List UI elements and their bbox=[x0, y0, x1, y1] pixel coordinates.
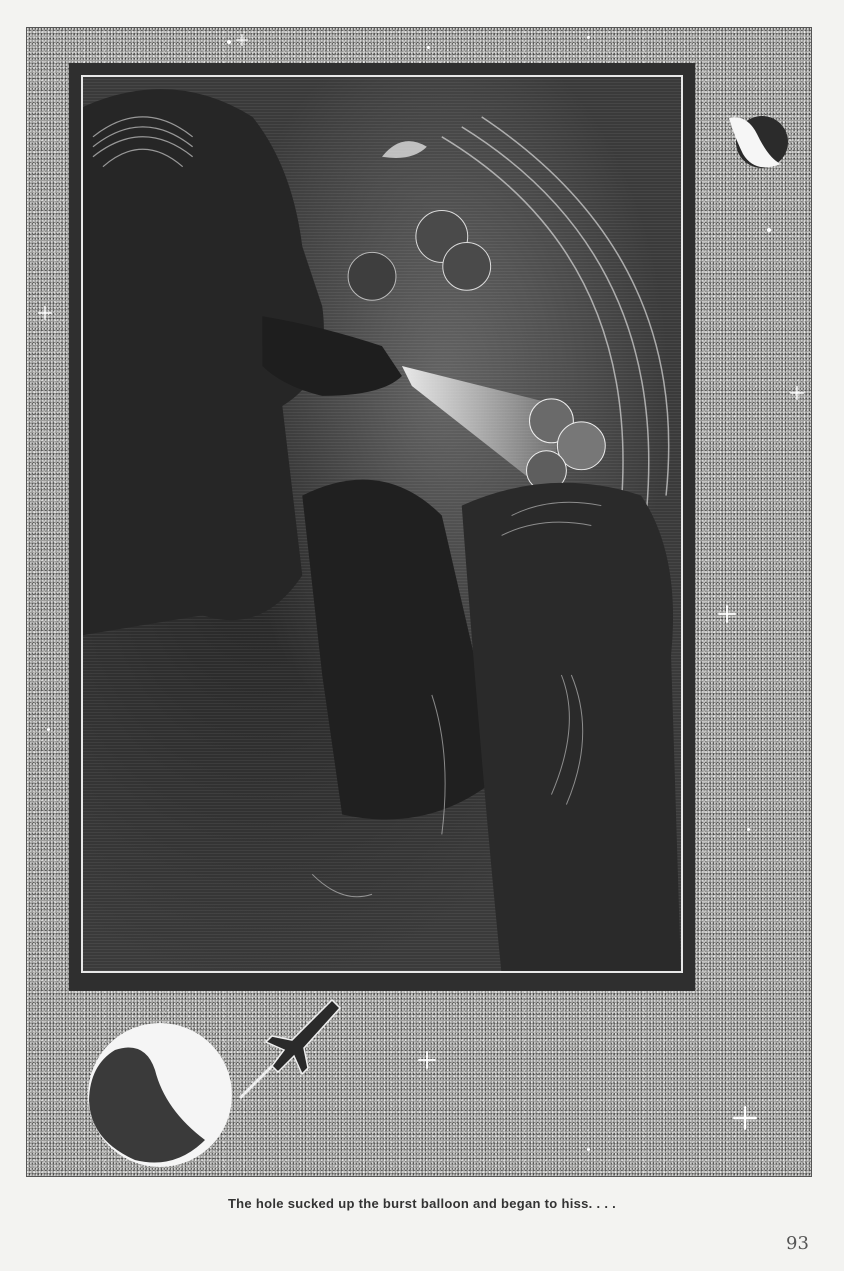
illustration-frame bbox=[69, 63, 695, 991]
astronaut-scene bbox=[83, 77, 681, 973]
sparkle-star-icon bbox=[418, 1051, 436, 1069]
illustration-scene bbox=[81, 75, 683, 973]
sparkle-star-icon bbox=[38, 306, 52, 320]
star-icon bbox=[747, 828, 750, 831]
sparkle-star-icon bbox=[790, 386, 804, 400]
star-icon bbox=[587, 1148, 590, 1151]
star-icon bbox=[587, 36, 590, 39]
star-icon bbox=[47, 728, 50, 731]
illustration-caption: The hole sucked up the burst balloon and… bbox=[0, 1196, 844, 1211]
star-icon bbox=[227, 40, 231, 44]
star-icon bbox=[427, 46, 430, 49]
large-moon-icon bbox=[85, 1020, 235, 1170]
small-moon-icon bbox=[717, 104, 797, 184]
star-icon bbox=[767, 228, 771, 232]
illustration-plate bbox=[26, 27, 812, 1177]
page-number: 93 bbox=[786, 1233, 809, 1254]
sparkle-star-icon bbox=[236, 34, 248, 46]
floating-balloons bbox=[348, 141, 605, 490]
sparkle-star-icon bbox=[718, 605, 736, 623]
rocket-ship-icon bbox=[232, 996, 342, 1106]
sparkle-star-icon bbox=[733, 1106, 757, 1130]
